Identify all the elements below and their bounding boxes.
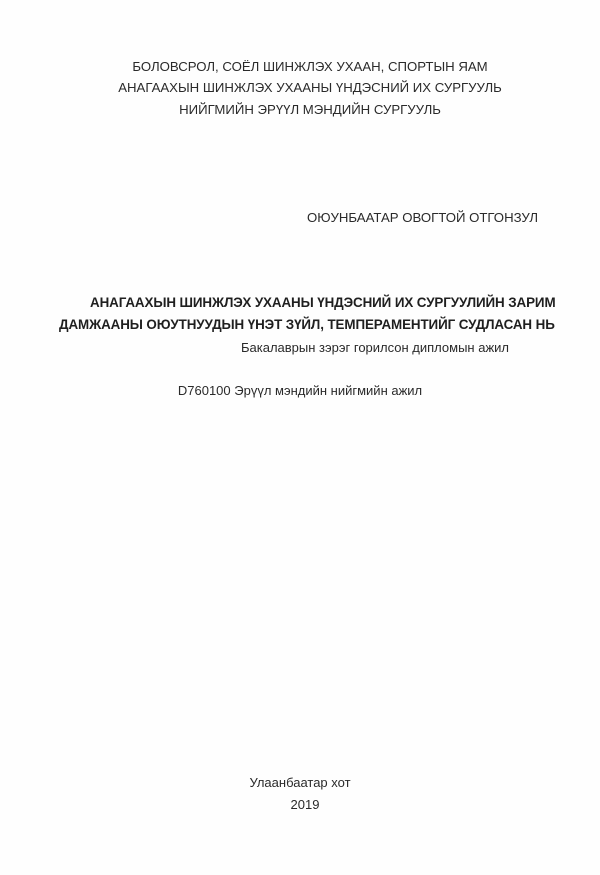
thesis-subtitle: Бакалаврын зэрэг горилсон дипломын ажил bbox=[140, 340, 600, 356]
thesis-title-line-2: ДАМЖААНЫ ОЮУТНУУДЫН ҮНЭТ ЗҮЙЛ, ТЕМПЕРАМЕ… bbox=[59, 317, 555, 333]
author-name: ОЮУНБААТАР ОВОГТОЙ ОТГОНЗУЛ bbox=[307, 210, 538, 226]
city: Улаанбаатар хот bbox=[0, 775, 600, 791]
ministry-name: БОЛОВСРОЛ, СОЁЛ ШИНЖЛЭХ УХААН, СПОРТЫН Я… bbox=[0, 59, 600, 75]
program-code: D760100 Эрүүл мэндийн нийгмийн ажил bbox=[0, 383, 600, 399]
document-page: БОЛОВСРОЛ, СОЁЛ ШИНЖЛЭХ УХААН, СПОРТЫН Я… bbox=[0, 0, 600, 875]
year: 2019 bbox=[0, 797, 600, 813]
thesis-title-line-1: АНАГААХЫН ШИНЖЛЭХ УХААНЫ ҮНДЭСНИЙ ИХ СУР… bbox=[90, 295, 556, 311]
school-name: НИЙГМИЙН ЭРҮҮЛ МЭНДИЙН СУРГУУЛЬ bbox=[0, 102, 600, 118]
university-name: АНАГААХЫН ШИНЖЛЭХ УХААНЫ ҮНДЭСНИЙ ИХ СУР… bbox=[0, 80, 600, 96]
